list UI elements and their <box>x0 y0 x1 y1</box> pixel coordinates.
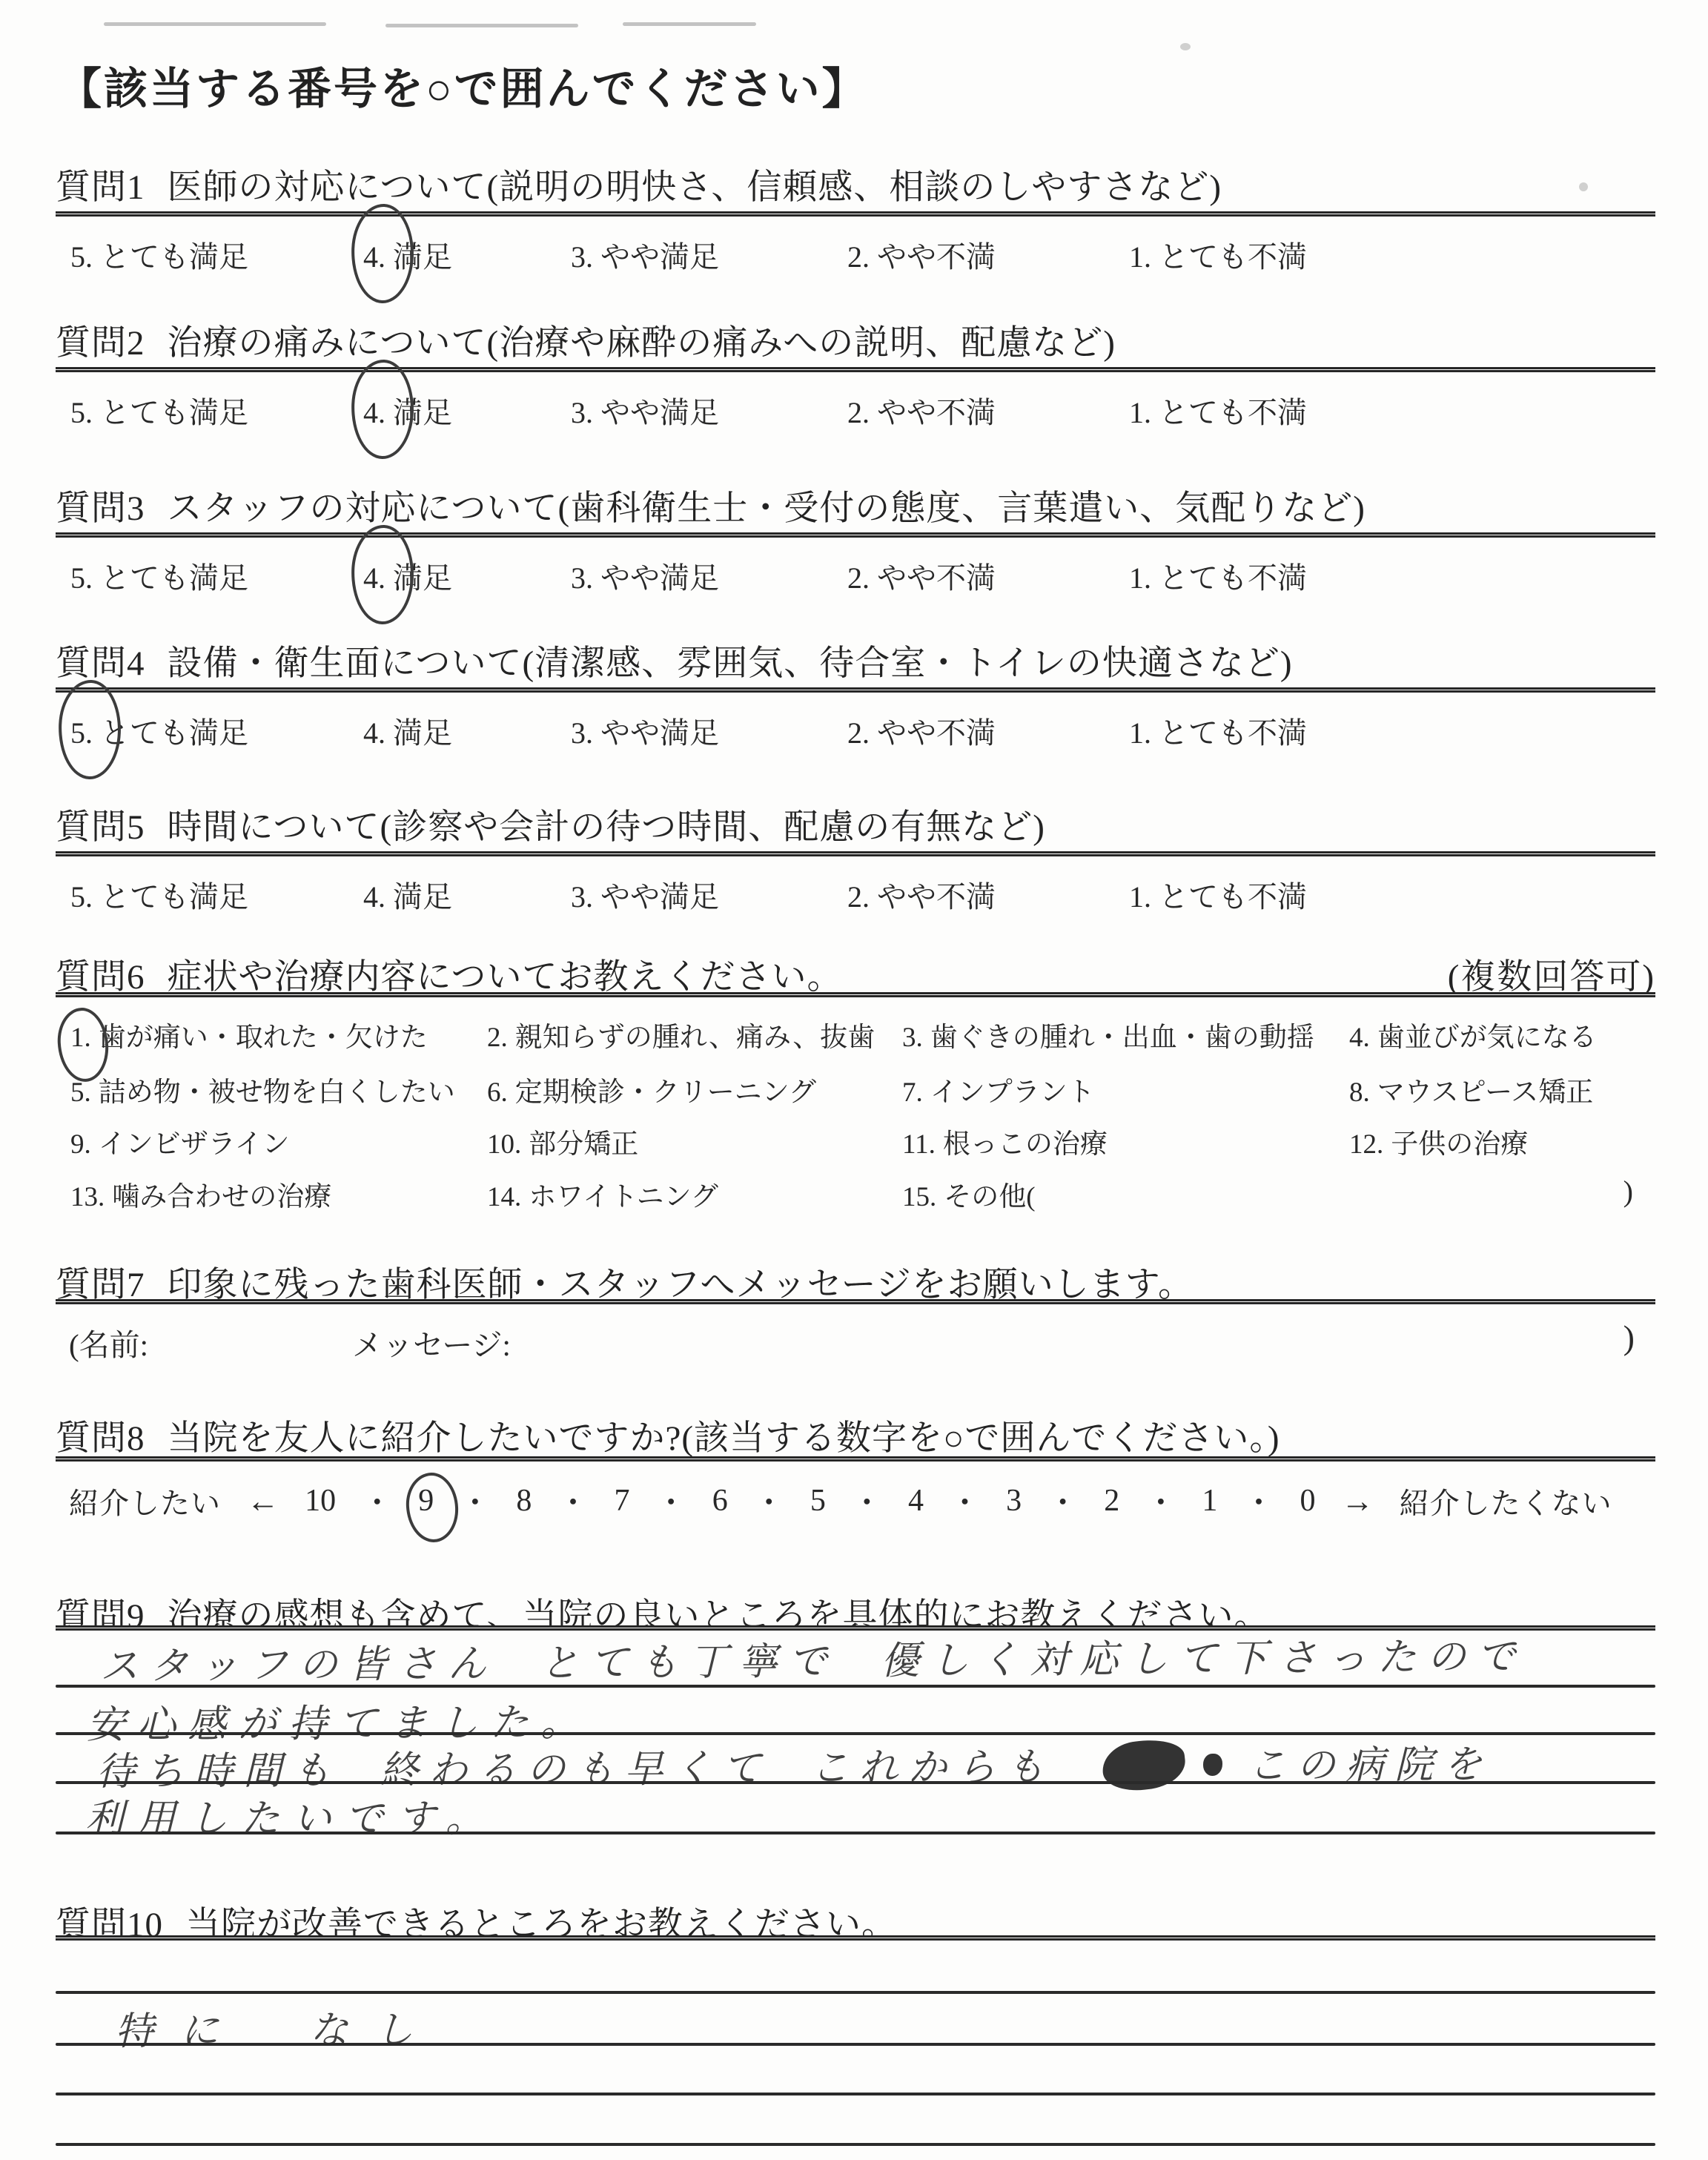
rating-options-row: 5.とても満足 4.満足 3.やや満足 2.やや不満 1.とても不満 <box>56 234 1655 293</box>
option-number: 4. <box>363 879 385 914</box>
rating-option: 1.とても不満 <box>1129 234 1307 276</box>
option-label: とても満足 <box>100 880 248 914</box>
scale-dot: ・ <box>362 1479 393 1523</box>
rating-options-row: 5.とても満足 4.満足 3.やや満足 2.やや不満 1.とても不満 <box>56 389 1655 449</box>
scale-number: 8 <box>516 1483 532 1519</box>
option-label: 歯が痛い・取れた・欠けた <box>99 1023 428 1053</box>
scale-right-label: 紹介したくない <box>1400 1480 1612 1522</box>
question-title: 医師の対応について(説明の明快さ、信頼感、相談のしやすさなど) <box>168 159 1222 209</box>
heading-rule <box>56 1456 1655 1462</box>
question-1-heading: 質問1 医師の対応について(説明の明快さ、信頼感、相談のしやすさなど) <box>56 159 1655 209</box>
option-number: 2. <box>847 561 870 595</box>
symptom-option: 9.インビザライン <box>70 1121 290 1161</box>
option-label: とても満足 <box>100 240 248 274</box>
close-paren: ) <box>1623 1318 1635 1357</box>
scale-number: 4 <box>908 1483 924 1519</box>
option-number: 1. <box>1129 561 1151 595</box>
option-label: 詰め物・被せ物を白くしたい <box>99 1077 455 1108</box>
option-number: 7. <box>902 1077 923 1109</box>
rating-options-row: 5.とても満足 4.満足 3.やや満足 2.やや不満 1.とても不満 <box>56 555 1655 614</box>
question-2-heading: 質問2 治療の痛みについて(治療や麻酔の痛みへの説明、配慮など) <box>56 315 1655 365</box>
message-field-label: メッセージ: <box>352 1321 511 1364</box>
option-number: 15. <box>902 1181 936 1213</box>
option-number: 6. <box>487 1077 508 1109</box>
scan-artifact <box>1180 43 1191 50</box>
option-number: 2. <box>847 879 870 914</box>
heading-rule <box>56 1935 1655 1941</box>
scale-dot: ・ <box>557 1479 589 1523</box>
option-number: 4. <box>363 395 385 430</box>
scan-artifact <box>385 24 578 27</box>
question-number: 質問8 <box>56 1410 145 1460</box>
symptom-option: 8.マウスピース矯正 <box>1349 1069 1593 1109</box>
scale-dot: ・ <box>753 1479 784 1523</box>
scan-artifact <box>623 22 756 26</box>
option-label: その他( <box>944 1182 1035 1212</box>
option-number: 5. <box>70 395 93 430</box>
question-number: 質問3 <box>56 480 145 530</box>
question-3: 質問3 スタッフの対応について(歯科衛生士・受付の態度、言葉遣い、気配りなど) … <box>56 480 1655 621</box>
scale-dot: ・ <box>851 1479 882 1523</box>
symptom-option: 5.詰め物・被せ物を白くしたい <box>70 1069 455 1109</box>
question-number: 質問2 <box>56 315 145 365</box>
option-number: 1. <box>70 1022 91 1054</box>
option-label: 歯ぐきの腫れ・出血・歯の動揺 <box>930 1023 1314 1053</box>
option-number: 2. <box>847 240 870 274</box>
rating-options-row: 5.とても満足 4.満足 3.やや満足 2.やや不満 1.とても不満 <box>56 710 1655 769</box>
rating-option: 5.とても満足 <box>70 555 248 597</box>
option-number: 3. <box>902 1022 923 1054</box>
question-number: 質問5 <box>56 799 145 849</box>
option-label: やや不満 <box>877 880 996 914</box>
symptom-option: 14.ホワイトニング <box>487 1174 718 1214</box>
scale-number: 9 <box>418 1483 434 1519</box>
option-number: 3. <box>571 395 593 430</box>
option-number: 1. <box>1129 879 1151 914</box>
question-3-heading: 質問3 スタッフの対応について(歯科衛生士・受付の態度、言葉遣い、気配りなど) <box>56 480 1655 530</box>
option-number: 5. <box>70 240 93 274</box>
option-number: 4. <box>363 716 385 750</box>
option-number: 4. <box>363 561 385 595</box>
option-number: 13. <box>70 1181 105 1213</box>
rating-option: 4.満足 <box>363 710 452 752</box>
symptom-option: 13.噛み合わせの治療 <box>70 1174 331 1214</box>
option-label: やや満足 <box>600 880 719 914</box>
scale-number: 6 <box>712 1483 728 1519</box>
handwritten-answer-line: スタッフの皆さん とても丁寧で 優しく対応して下さったので <box>100 1625 1527 1690</box>
scale-left-label: 紹介したい <box>69 1480 221 1522</box>
scale-dot: ・ <box>1047 1479 1079 1523</box>
option-label: 歯並びが気になる <box>1377 1023 1597 1053</box>
option-number: 1. <box>1129 716 1151 750</box>
answer-rule <box>56 1832 1655 1834</box>
option-label: やや満足 <box>600 716 719 750</box>
option-number: 5. <box>70 561 93 595</box>
option-label: やや不満 <box>877 716 996 750</box>
option-label: ホワイトニング <box>529 1182 718 1212</box>
question-8: 質問8 当院を友人に紹介したいですか?(該当する数字を○で囲んでください。) 紹… <box>56 1410 1655 1551</box>
symptom-option: 12.子供の治療 <box>1349 1121 1528 1161</box>
option-number: 4. <box>363 240 385 274</box>
option-number: 9. <box>70 1129 91 1160</box>
scale-number: 1 <box>1202 1483 1217 1519</box>
symptom-option: 7.インプラント <box>902 1069 1095 1109</box>
heading-rule <box>56 367 1655 372</box>
option-number: 8. <box>1349 1077 1370 1109</box>
scale-dot: ・ <box>950 1479 981 1523</box>
option-label: やや満足 <box>600 561 719 595</box>
name-field-label: (名前: <box>69 1321 148 1364</box>
option-label: 根っこの治療 <box>943 1129 1108 1160</box>
question-4: 質問4 設備・衛生面について(清潔感、雰囲気、待合室・トイレの快適さなど) 5.… <box>56 635 1655 776</box>
option-label: やや満足 <box>600 240 719 274</box>
question-title: 設備・衛生面について(清潔感、雰囲気、待合室・トイレの快適さなど) <box>168 635 1293 685</box>
scale-dot: ・ <box>1243 1479 1274 1523</box>
left-arrow-icon: ← <box>247 1482 279 1520</box>
scale-number: 3 <box>1006 1483 1022 1519</box>
option-label: インビザライン <box>99 1129 290 1160</box>
rating-option: 3.やや満足 <box>571 389 719 432</box>
answer-rule <box>56 2093 1655 2095</box>
option-label: とても不満 <box>1159 396 1307 429</box>
question-title: 当院を友人に紹介したいですか?(該当する数字を○で囲んでください。) <box>168 1410 1280 1460</box>
answer-rule <box>56 1781 1655 1784</box>
question-4-heading: 質問4 設備・衛生面について(清潔感、雰囲気、待合室・トイレの快適さなど) <box>56 635 1655 685</box>
scale-number: 7 <box>615 1483 630 1519</box>
option-label: 満足 <box>393 880 452 914</box>
option-number: 3. <box>571 240 593 274</box>
option-label: 噛み合わせの治療 <box>112 1182 331 1212</box>
option-label: とても不満 <box>1159 716 1307 750</box>
option-label: やや不満 <box>877 396 996 429</box>
heading-rule <box>56 211 1655 217</box>
option-number: 2. <box>847 395 870 430</box>
answer-rule <box>56 2043 1655 2046</box>
option-number: 2. <box>847 716 870 750</box>
option-label: やや満足 <box>600 396 719 429</box>
option-number: 12. <box>1349 1129 1383 1160</box>
question-2: 質問2 治療の痛みについて(治療や麻酔の痛みへの説明、配慮など) 5.とても満足… <box>56 315 1655 456</box>
scale-number: 2 <box>1104 1483 1119 1519</box>
scale-number: 5 <box>810 1483 826 1519</box>
symptom-option: 10.部分矯正 <box>487 1121 638 1161</box>
heading-rule <box>56 532 1655 538</box>
nps-scale-row: 紹介したい ← 10 ・ 9 ・ 8 ・ 7 ・ 6 ・ 5 ・ 4 ・ 3 ・… <box>69 1479 1612 1523</box>
option-label: 親知らずの腫れ、痛み、抜歯 <box>515 1023 875 1053</box>
option-number: 5. <box>70 879 93 914</box>
form-title: 【該当する番号を○で囲んでください】 <box>58 53 868 116</box>
option-label: とても不満 <box>1159 561 1307 595</box>
question-title: スタッフの対応について(歯科衛生士・受付の態度、言葉遣い、気配りなど) <box>168 480 1366 530</box>
rating-option: 4.満足 <box>363 234 452 276</box>
name-message-row: (名前: メッセージ: ) <box>56 1321 1655 1380</box>
question-8-heading: 質問8 当院を友人に紹介したいですか?(該当する数字を○で囲んでください。) <box>56 1410 1655 1460</box>
rating-option: 5.とても満足 <box>70 710 248 752</box>
heading-rule <box>56 851 1655 856</box>
scale-number: 10 <box>305 1483 336 1519</box>
rating-option: 3.やや満足 <box>571 710 719 752</box>
rating-option: 3.やや満足 <box>571 873 719 916</box>
rating-option: 1.とても不満 <box>1129 710 1307 752</box>
survey-scan-page: 【該当する番号を○で囲んでください】 質問1 医師の対応について(説明の明快さ、… <box>0 0 1708 2160</box>
scale-number: 0 <box>1300 1483 1316 1519</box>
rating-option: 1.とても不満 <box>1129 555 1307 597</box>
option-number: 11. <box>902 1129 936 1160</box>
symptom-option: 15.その他( <box>902 1174 1036 1214</box>
scale-dot: ・ <box>655 1479 686 1523</box>
rating-option: 1.とても不満 <box>1129 389 1307 432</box>
question-number: 質問4 <box>56 635 145 685</box>
option-number: 1. <box>1129 240 1151 274</box>
option-label: とても満足 <box>100 716 248 750</box>
symptom-option: 1.歯が痛い・取れた・欠けた <box>70 1014 428 1054</box>
option-label: とても満足 <box>100 561 248 595</box>
question-1: 質問1 医師の対応について(説明の明快さ、信頼感、相談のしやすさなど) 5.とて… <box>56 159 1655 300</box>
scale-dot: ・ <box>460 1479 491 1523</box>
option-number: 3. <box>571 879 593 914</box>
option-number: 3. <box>571 561 593 595</box>
symptom-options: 1.歯が痛い・取れた・欠けた 2.親知らずの腫れ、痛み、抜歯 3.歯ぐきの腫れ・… <box>56 949 1655 1231</box>
option-number: 1. <box>1129 395 1151 430</box>
heading-rule <box>56 687 1655 693</box>
other-close-paren: ) <box>1623 1174 1633 1209</box>
answer-rule <box>56 1685 1655 1688</box>
option-label: とても満足 <box>100 396 248 429</box>
question-5-heading: 質問5 時間について(診察や会計の待つ時間、配慮の有無など) <box>56 799 1655 849</box>
rating-option: 2.やや不満 <box>847 389 996 432</box>
question-5: 質問5 時間について(診察や会計の待つ時間、配慮の有無など) 5.とても満足 4… <box>56 799 1655 940</box>
scan-artifact <box>104 22 326 26</box>
rating-option: 2.やや不満 <box>847 555 996 597</box>
rating-option: 4.満足 <box>363 389 452 432</box>
rating-option: 2.やや不満 <box>847 873 996 916</box>
option-label: やや不満 <box>877 561 996 595</box>
option-number: 5. <box>70 1077 91 1109</box>
question-9: 質問9 治療の感想も含めて、当院の良いところを具体的にお教えください。 スタッフ… <box>56 1588 1655 1848</box>
option-label: マウスピース矯正 <box>1377 1077 1594 1108</box>
rating-options-row: 5.とても満足 4.満足 3.やや満足 2.やや不満 1.とても不満 <box>56 873 1655 933</box>
answer-rule <box>56 1991 1655 1994</box>
rating-option: 5.とても満足 <box>70 234 248 276</box>
symptom-option: 2.親知らずの腫れ、痛み、抜歯 <box>487 1014 875 1054</box>
option-label: とても不満 <box>1159 240 1307 274</box>
handwritten-answer-line: 特に なし <box>115 1998 440 2055</box>
question-title: 治療の痛みについて(治療や麻酔の痛みへの説明、配慮など) <box>168 315 1116 365</box>
answer-rule <box>56 2143 1655 2146</box>
option-label: 満足 <box>393 716 452 750</box>
question-title: 時間について(診察や会計の待つ時間、配慮の有無など) <box>168 799 1045 849</box>
scribbled-out-ink <box>1100 1737 1188 1794</box>
question-10: 質問10 当院が改善できるところをお教えください。 特に なし <box>56 1897 1655 2153</box>
option-label: インプラント <box>930 1077 1095 1108</box>
option-number: 4. <box>1349 1022 1370 1054</box>
heading-rule <box>56 1299 1655 1304</box>
question-7: 質問7 印象に残った歯科医師・スタッフへメッセージをお願いします。 (名前: メ… <box>56 1257 1655 1390</box>
option-label: 部分矯正 <box>529 1129 638 1160</box>
rating-option: 3.やや満足 <box>571 234 719 276</box>
question-number: 質問1 <box>56 159 145 209</box>
question-6: 質問6 症状や治療内容についてお教えください。 (複数回答可) 1.歯が痛い・取… <box>56 949 1655 1231</box>
rating-option: 3.やや満足 <box>571 555 719 597</box>
option-number: 14. <box>487 1181 521 1213</box>
rating-option: 4.満足 <box>363 555 452 597</box>
option-label: 定期検診・クリーニング <box>515 1077 816 1108</box>
rating-option: 4.満足 <box>363 873 452 916</box>
option-label: やや不満 <box>877 240 996 274</box>
symptom-option: 6.定期検診・クリーニング <box>487 1069 816 1109</box>
symptom-option: 11.根っこの治療 <box>902 1121 1108 1161</box>
option-label: とても不満 <box>1159 880 1307 914</box>
rating-option: 2.やや不満 <box>847 710 996 752</box>
rating-option: 5.とても満足 <box>70 389 248 432</box>
symptom-option: 3.歯ぐきの腫れ・出血・歯の動揺 <box>902 1014 1314 1054</box>
option-label: 子供の治療 <box>1391 1129 1528 1160</box>
scale-dot: ・ <box>1145 1479 1176 1523</box>
rating-option: 2.やや不満 <box>847 234 996 276</box>
rating-option: 1.とても不満 <box>1129 873 1307 916</box>
option-number: 5. <box>70 716 93 750</box>
symptom-option: 4.歯並びが気になる <box>1349 1014 1597 1054</box>
right-arrow-icon: → <box>1341 1482 1374 1520</box>
ink-blot <box>1203 1754 1222 1776</box>
option-number: 10. <box>487 1129 521 1160</box>
option-number: 3. <box>571 716 593 750</box>
rating-option: 5.とても満足 <box>70 873 248 916</box>
option-number: 2. <box>487 1022 508 1054</box>
